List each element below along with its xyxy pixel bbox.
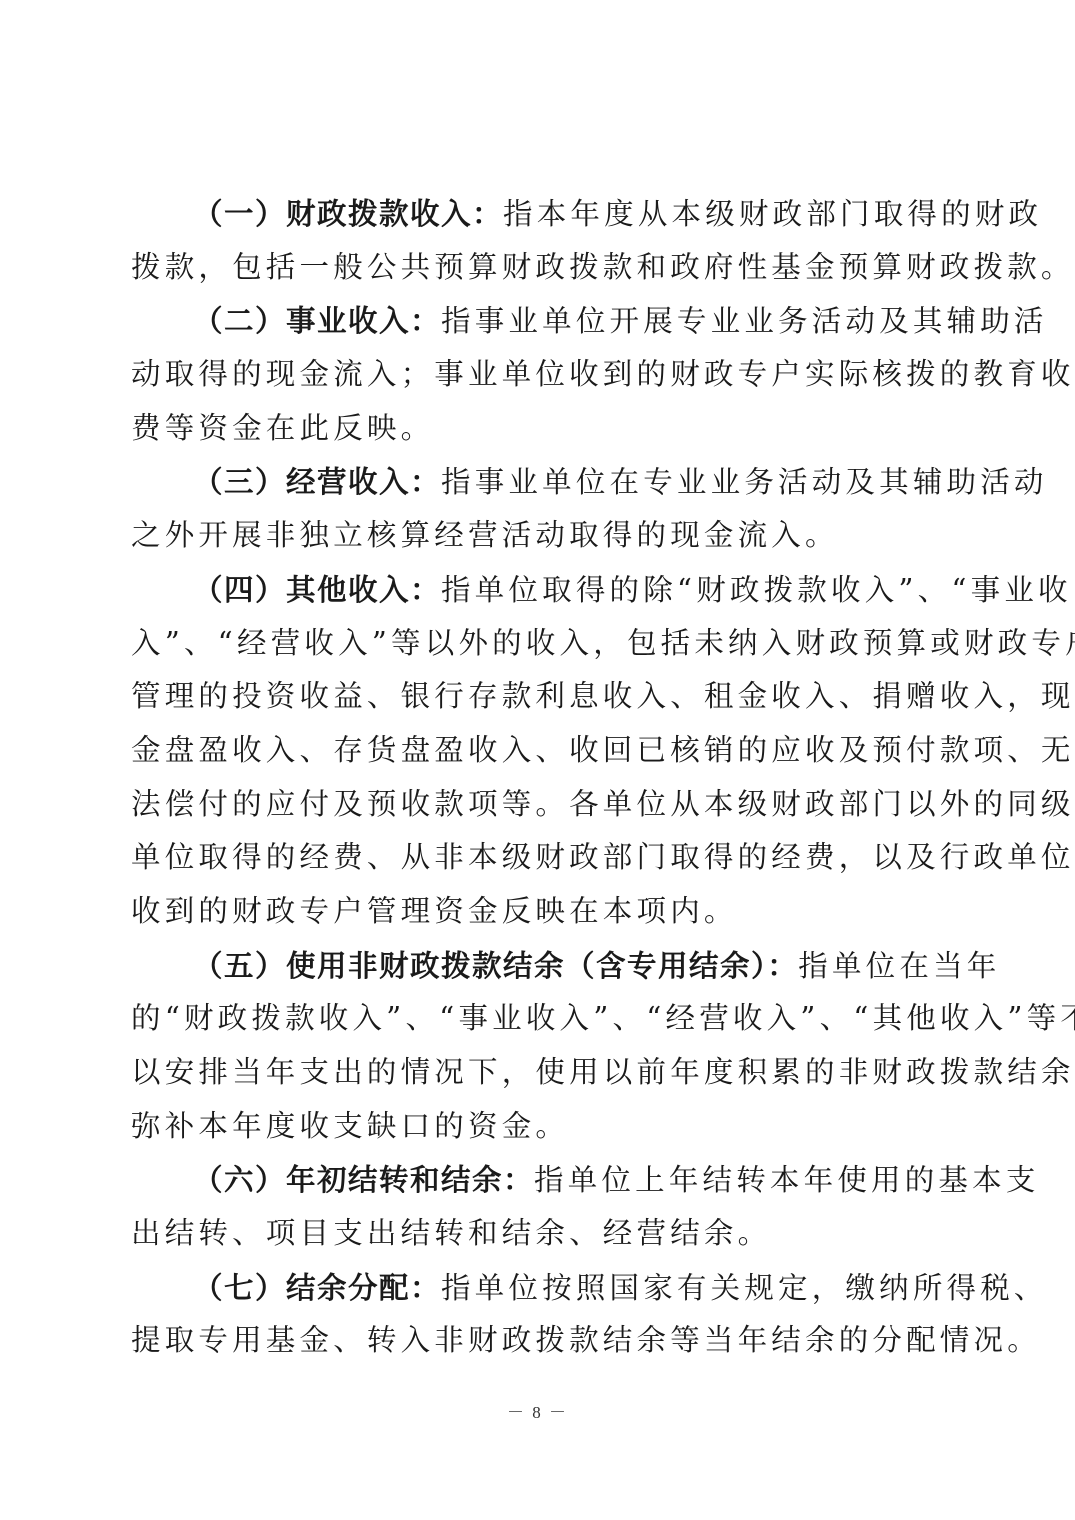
- paragraph-line: （二）事业收入：指事业单位开展专业业务活动及其辅助活: [131, 294, 943, 348]
- paragraph-line: 出结转、项目支出结转和结余、经营结余。: [131, 1207, 943, 1261]
- paragraph-line: 法偿付的应付及预收款项等。各单位从本级财政部门以外的同级: [131, 778, 943, 832]
- paragraph-line: 收到的财政专户管理资金反映在本项内。: [131, 885, 943, 939]
- paragraph-operating-income: （三）经营收入：指事业单位在专业业务活动及其辅助活动 之外开展非独立核算经营活动…: [131, 455, 943, 562]
- page-number: － 8 －: [0, 1398, 1075, 1423]
- paragraph-line: 提取专用基金、转入非财政拨款结余等当年结余的分配情况。: [131, 1314, 943, 1368]
- paragraph-line: （三）经营收入：指事业单位在专业业务活动及其辅助活动: [131, 455, 943, 509]
- paragraph-surplus-distribution: （七）结余分配：指单位按照国家有关规定，缴纳所得税、 提取专用基金、转入非财政拨…: [131, 1261, 943, 1368]
- paragraph-fiscal-appropriation-income: （一）财政拨款收入：指本年度从本级财政部门取得的财政 拨款，包括一般公共预算财政…: [131, 187, 943, 294]
- paragraph-line: （一）财政拨款收入：指本年度从本级财政部门取得的财政: [131, 187, 943, 241]
- paragraph-heading: （七）结余分配：: [193, 1270, 441, 1305]
- paragraph-other-income: （四）其他收入：指单位取得的除“财政拨款收入”、“事业收 入”、“经营收入”等以…: [131, 563, 943, 939]
- paragraph-heading: （三）经营收入：: [193, 464, 441, 499]
- paragraph-line: 拨款，包括一般公共预算财政拨款和政府性基金预算财政拨款。: [131, 241, 943, 295]
- paragraph-line: 弥补本年度收支缺口的资金。: [131, 1100, 943, 1154]
- paragraph-text: 指单位在当年: [798, 949, 1000, 983]
- paragraph-line: 以安排当年支出的情况下，使用以前年度积累的非财政拨款结余: [131, 1046, 943, 1100]
- paragraph-heading: （五）使用非财政拨款结余（含专用结余）：: [193, 948, 798, 983]
- paragraph-line: （七）结余分配：指单位按照国家有关规定，缴纳所得税、: [131, 1261, 943, 1315]
- paragraph-line: 单位取得的经费、从非本级财政部门取得的经费，以及行政单位: [131, 831, 943, 885]
- paragraph-heading: （六）年初结转和结余：: [193, 1162, 534, 1197]
- paragraph-line: （六）年初结转和结余：指单位上年结转本年使用的基本支: [131, 1153, 943, 1207]
- paragraph-line: 管理的投资收益、银行存款利息收入、租金收入、捐赠收入，现: [131, 670, 943, 724]
- document-body: （一）财政拨款收入：指本年度从本级财政部门取得的财政 拨款，包括一般公共预算财政…: [131, 187, 943, 1368]
- paragraph-line: 之外开展非独立核算经营活动取得的现金流入。: [131, 509, 943, 563]
- paragraph-line: 的“财政拨款收入”、“事业收入”、“经营收入”、“其他收入”等不足: [131, 992, 943, 1046]
- paragraph-text: 指事业单位在专业业务活动及其辅助活动: [441, 465, 1048, 499]
- paragraph-line: （五）使用非财政拨款结余（含专用结余）：指单位在当年: [131, 939, 943, 993]
- paragraph-text: 指单位按照国家有关规定，缴纳所得税、: [441, 1271, 1048, 1305]
- paragraph-text: 指事业单位开展专业业务活动及其辅助活: [441, 304, 1048, 338]
- paragraph-line: 入”、“经营收入”等以外的收入，包括未纳入财政预算或财政专户: [131, 617, 943, 671]
- paragraph-heading: （二）事业收入：: [193, 303, 441, 338]
- paragraph-text: 指单位上年结转本年使用的基本支: [534, 1163, 1040, 1197]
- document-page: （一）财政拨款收入：指本年度从本级财政部门取得的财政 拨款，包括一般公共预算财政…: [0, 0, 1075, 1520]
- paragraph-opening-carryover: （六）年初结转和结余：指单位上年结转本年使用的基本支 出结转、项目支出结转和结余…: [131, 1153, 943, 1260]
- paragraph-non-fiscal-balance-usage: （五）使用非财政拨款结余（含专用结余）：指单位在当年 的“财政拨款收入”、“事业…: [131, 939, 943, 1154]
- paragraph-line: （四）其他收入：指单位取得的除“财政拨款收入”、“事业收: [131, 563, 943, 617]
- paragraph-line: 费等资金在此反映。: [131, 402, 943, 456]
- paragraph-heading: （一）财政拨款收入：: [193, 196, 503, 231]
- paragraph-line: 金盘盈收入、存货盘盈收入、收回已核销的应收及预付款项、无: [131, 724, 943, 778]
- paragraph-text: 指本年度从本级财政部门取得的财政: [503, 197, 1042, 231]
- paragraph-heading: （四）其他收入：: [193, 572, 441, 607]
- paragraph-text: 指单位取得的除“财政拨款收入”、“事业收: [441, 573, 1072, 607]
- paragraph-line: 动取得的现金流入；事业单位收到的财政专户实际核拨的教育收: [131, 348, 943, 402]
- paragraph-business-income: （二）事业收入：指事业单位开展专业业务活动及其辅助活 动取得的现金流入；事业单位…: [131, 294, 943, 455]
